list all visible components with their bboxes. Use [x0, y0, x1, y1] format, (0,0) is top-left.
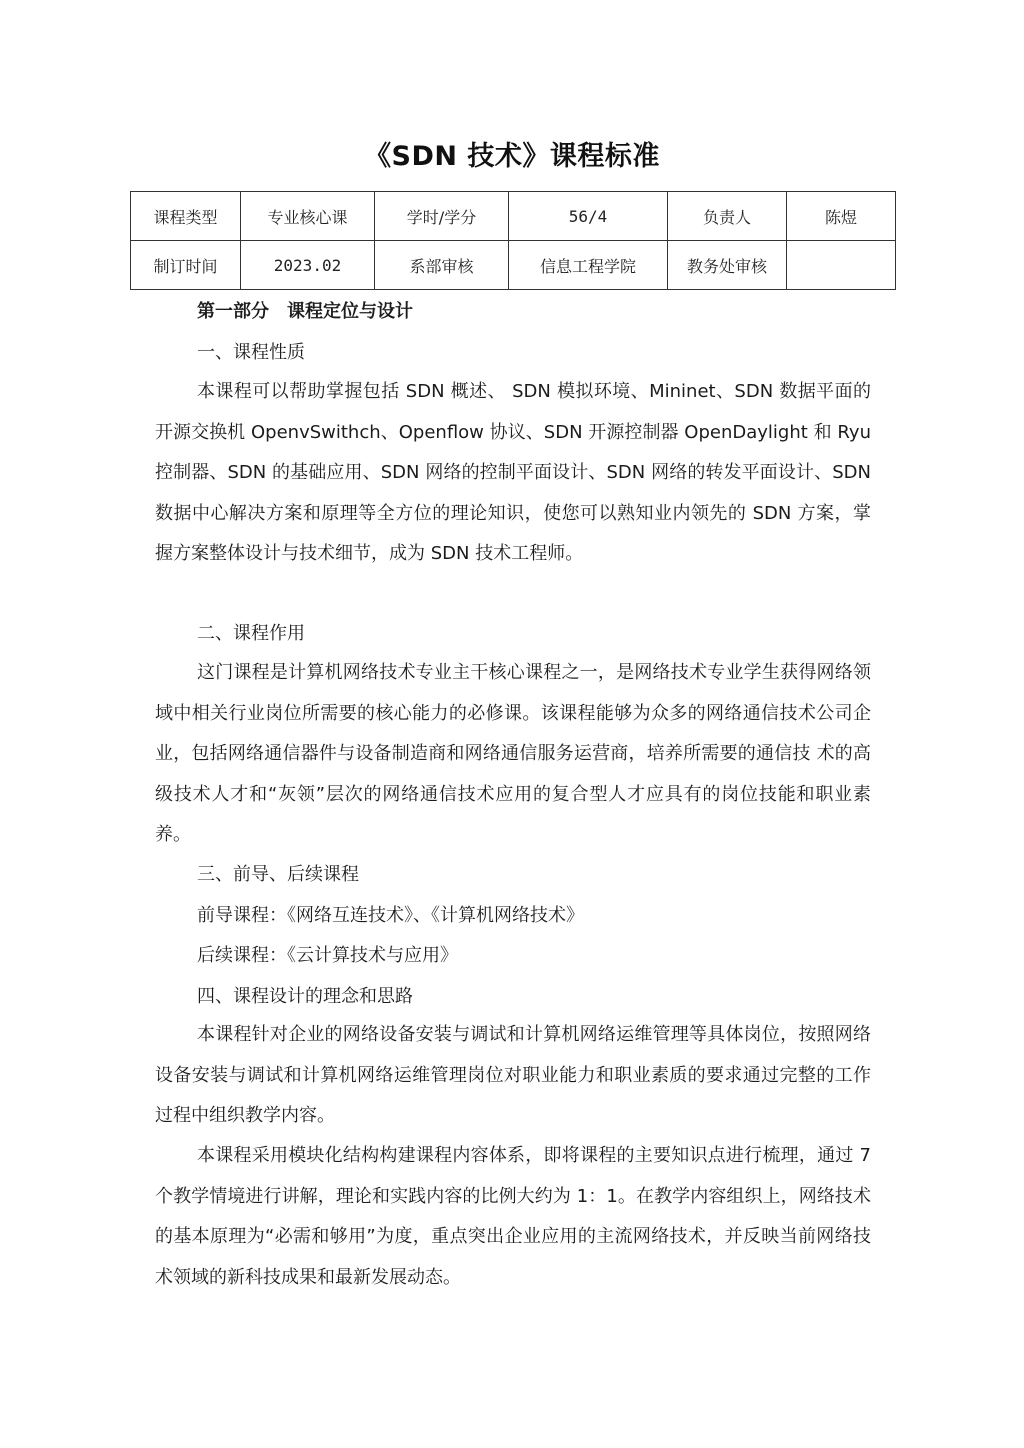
follow-up-courses: 后续课程：《云计算技术与应用》 [197, 944, 458, 968]
section-heading: 四、课程设计的理念和思路 [197, 985, 413, 1009]
table-row: 制订时间 2023.02 系部审核 信息工程学院 教务处审核 [131, 241, 896, 290]
table-cell-value: 专业核心课 [241, 192, 375, 241]
table-cell-value: 陈煜 [787, 192, 896, 241]
table-cell-value: 信息工程学院 [509, 241, 668, 290]
document-page: 《SDN 技术》课程标准 课程类型 专业核心课 学时/学分 56/4 负责人 陈… [0, 0, 1024, 1448]
prerequisite-courses: 前导课程：《网络互连技术》、《计算机网络技术》 [197, 904, 584, 928]
table-cell-label: 系部审核 [375, 241, 509, 290]
table-cell-value [787, 241, 896, 290]
section-paragraph: 本课程采用模块化结构构建课程内容体系，即将课程的主要知识点进行梳理，通过 7 个… [155, 1136, 871, 1298]
document-title: 《SDN 技术》课程标准 [0, 134, 1024, 173]
section-paragraph: 本课程针对企业的网络设备安装与调试和计算机网络运维管理等具体岗位，按照网络设备安… [155, 1015, 871, 1137]
table-cell-label: 学时/学分 [375, 192, 509, 241]
section-heading: 一、课程性质 [197, 341, 305, 365]
course-info-table: 课程类型 专业核心课 学时/学分 56/4 负责人 陈煜 制订时间 2023.0… [130, 191, 896, 290]
table-cell-label: 制订时间 [131, 241, 241, 290]
part-heading: 第一部分 课程定位与设计 [197, 300, 413, 324]
table-cell-value: 56/4 [509, 192, 668, 241]
table-cell-value: 2023.02 [241, 241, 375, 290]
table-cell-label: 负责人 [668, 192, 787, 241]
table-cell-label: 教务处审核 [668, 241, 787, 290]
table-cell-label: 课程类型 [131, 192, 241, 241]
section-paragraph: 这门课程是计算机网络技术专业主干核心课程之一，是网络技术专业学生获得网络领域中相… [155, 653, 871, 856]
table-row: 课程类型 专业核心课 学时/学分 56/4 负责人 陈煜 [131, 192, 896, 241]
section-heading: 三、前导、后续课程 [197, 863, 359, 887]
section-paragraph: 本课程可以帮助掌握包括 SDN 概述、 SDN 模拟环境、Mininet、SDN… [155, 372, 871, 575]
section-heading: 二、课程作用 [197, 622, 305, 646]
